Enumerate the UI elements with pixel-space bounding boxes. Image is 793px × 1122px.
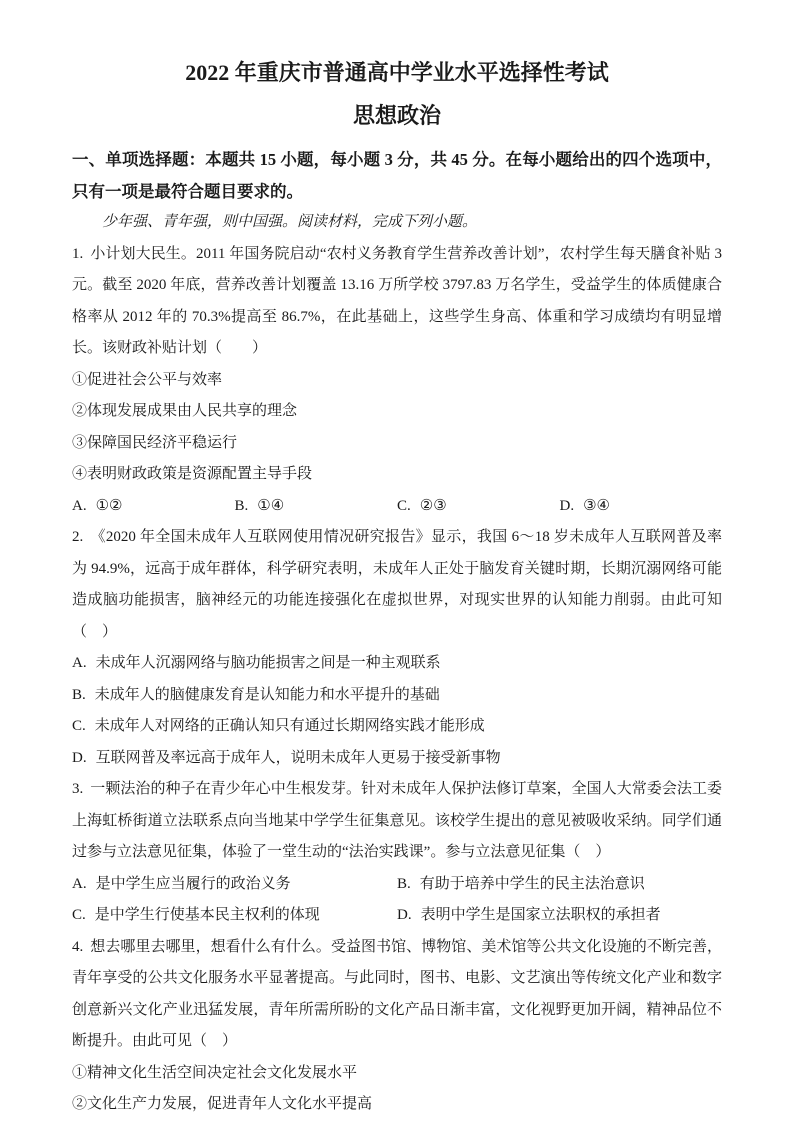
exam-document-page: 2022 年重庆市普通高中学业水平选择性考试 思想政治 一、单项选择题：本题共 …	[0, 0, 793, 1122]
question-2-option-d: D.互联网普及率远高于成年人，说明未成年人更易于接受新事物	[72, 743, 722, 775]
question-3-option-b: B.有助于培养中学生的民主法治意识	[397, 869, 722, 901]
option-b-label: B.	[397, 876, 411, 892]
question-3-option-a: A.是中学生应当履行的政治义务	[72, 869, 397, 901]
section-heading: 一、单项选择题：本题共 15 小题，每小题 3 分，共 45 分。在每小题给出的…	[72, 144, 722, 207]
option-d-label: D.	[397, 907, 412, 923]
question-4-statement-2: ②文化生产力发展，促进青年人文化水平提高	[72, 1089, 722, 1121]
option-a-text: ①②	[96, 498, 123, 514]
question-3-number: 3.	[72, 781, 83, 797]
option-a-text: 未成年人沉溺网络与脑功能损害之间是一种主观联系	[96, 655, 441, 671]
question-3-stem-text: 一颗法治的种子在青少年心中生根发芽。针对未成年人保护法修订草案，全国人大常委会法…	[72, 781, 722, 860]
question-1-options: A.①② B.①④ C.②③ D.③④	[72, 491, 722, 523]
option-c-text: 是中学生行使基本民主权利的体现	[95, 907, 320, 923]
question-3-option-c: C.是中学生行使基本民主权利的体现	[72, 900, 397, 932]
question-1-statement-2: ②体现发展成果由人民共享的理念	[72, 396, 722, 428]
option-c-text: ②③	[420, 498, 447, 514]
question-1-option-b: B.①④	[235, 491, 398, 523]
question-1-option-a: A.①②	[72, 491, 235, 523]
question-1: 1.小计划大民生。2011 年国务院启动“农村义务教育学生营养改善计划”，农村学…	[72, 239, 722, 523]
question-4-stem: 4.想去哪里去哪里，想看什么有什么。受益图书馆、博物馆、美术馆等公共文化设施的不…	[72, 932, 722, 1058]
option-a-label: A.	[72, 498, 87, 514]
question-2-option-c: C.未成年人对网络的正确认知只有通过长期网络实践才能形成	[72, 711, 722, 743]
option-b-label: B.	[235, 498, 249, 514]
question-2-option-a: A.未成年人沉溺网络与脑功能损害之间是一种主观联系	[72, 648, 722, 680]
option-d-label: D.	[560, 498, 575, 514]
question-2-stem-text: 《2020 年全国未成年人互联网使用情况研究报告》显示，我国 6～18 岁未成年…	[72, 529, 722, 640]
question-4-statement-1: ①精神文化生活空间决定社会文化发展水平	[72, 1058, 722, 1090]
option-c-label: C.	[397, 498, 411, 514]
question-1-stem-text: 小计划大民生。2011 年国务院启动“农村义务教育学生营养改善计划”，农村学生每…	[72, 246, 722, 357]
option-b-label: B.	[72, 687, 86, 703]
question-3-stem: 3.一颗法治的种子在青少年心中生根发芽。针对未成年人保护法修订草案，全国人大常委…	[72, 774, 722, 869]
exam-title: 2022 年重庆市普通高中学业水平选择性考试	[72, 57, 722, 89]
option-a-label: A.	[72, 876, 87, 892]
material-intro: 少年强、青年强，则中国强。阅读材料，完成下列小题。	[72, 207, 722, 239]
question-2-number: 2.	[72, 529, 83, 545]
option-c-label: C.	[72, 718, 86, 734]
question-3-options: A.是中学生应当履行的政治义务 B.有助于培养中学生的民主法治意识 C.是中学生…	[72, 869, 722, 932]
question-1-number: 1.	[72, 246, 83, 262]
exam-subject: 思想政治	[72, 100, 722, 132]
question-1-statement-1: ①促进社会公平与效率	[72, 365, 722, 397]
option-d-text: 互联网普及率远高于成年人，说明未成年人更易于接受新事物	[96, 750, 501, 766]
option-d-label: D.	[72, 750, 87, 766]
question-1-statement-3: ③保障国民经济平稳运行	[72, 428, 722, 460]
option-b-text: 未成年人的脑健康发育是认知能力和水平提升的基础	[95, 687, 440, 703]
question-1-option-d: D.③④	[560, 491, 723, 523]
option-a-label: A.	[72, 655, 87, 671]
question-1-option-c: C.②③	[397, 491, 560, 523]
question-3-option-d: D.表明中学生是国家立法职权的承担者	[397, 900, 722, 932]
option-d-text: 表明中学生是国家立法职权的承担者	[421, 907, 661, 923]
question-3: 3.一颗法治的种子在青少年心中生根发芽。针对未成年人保护法修订草案，全国人大常委…	[72, 774, 722, 932]
question-1-statement-4: ④表明财政政策是资源配置主导手段	[72, 459, 722, 491]
option-b-text: 有助于培养中学生的民主法治意识	[420, 876, 645, 892]
option-a-text: 是中学生应当履行的政治义务	[96, 876, 291, 892]
question-1-stem: 1.小计划大民生。2011 年国务院启动“农村义务教育学生营养改善计划”，农村学…	[72, 239, 722, 365]
option-c-text: 未成年人对网络的正确认知只有通过长期网络实践才能形成	[95, 718, 485, 734]
option-c-label: C.	[72, 907, 86, 923]
question-4-number: 4.	[72, 939, 83, 955]
option-d-text: ③④	[583, 498, 610, 514]
question-4-stem-text: 想去哪里去哪里，想看什么有什么。受益图书馆、博物馆、美术馆等公共文化设施的不断完…	[72, 939, 722, 1050]
question-2-option-b: B.未成年人的脑健康发育是认知能力和水平提升的基础	[72, 680, 722, 712]
question-2: 2.《2020 年全国未成年人互联网使用情况研究报告》显示，我国 6～18 岁未…	[72, 522, 722, 774]
question-2-stem: 2.《2020 年全国未成年人互联网使用情况研究报告》显示，我国 6～18 岁未…	[72, 522, 722, 648]
question-2-options: A.未成年人沉溺网络与脑功能损害之间是一种主观联系 B.未成年人的脑健康发育是认…	[72, 648, 722, 774]
option-b-text: ①④	[257, 498, 284, 514]
question-4: 4.想去哪里去哪里，想看什么有什么。受益图书馆、博物馆、美术馆等公共文化设施的不…	[72, 932, 722, 1121]
